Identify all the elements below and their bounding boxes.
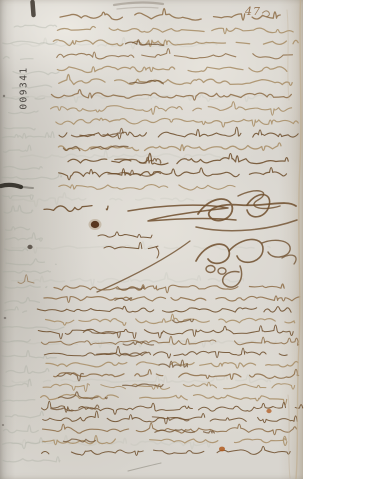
signature-flourishes	[18, 195, 297, 292]
handwriting-block-top	[51, 9, 299, 209]
folio-number: 47	[245, 5, 261, 18]
paper-edge	[287, 0, 301, 479]
handwriting-block-bottom	[37, 284, 302, 455]
archive-stamp: 009341	[19, 66, 30, 109]
manuscript-artwork	[0, 0, 370, 479]
manuscript-scan: 009341 47	[0, 0, 370, 479]
bleed-through-text	[2, 25, 276, 462]
